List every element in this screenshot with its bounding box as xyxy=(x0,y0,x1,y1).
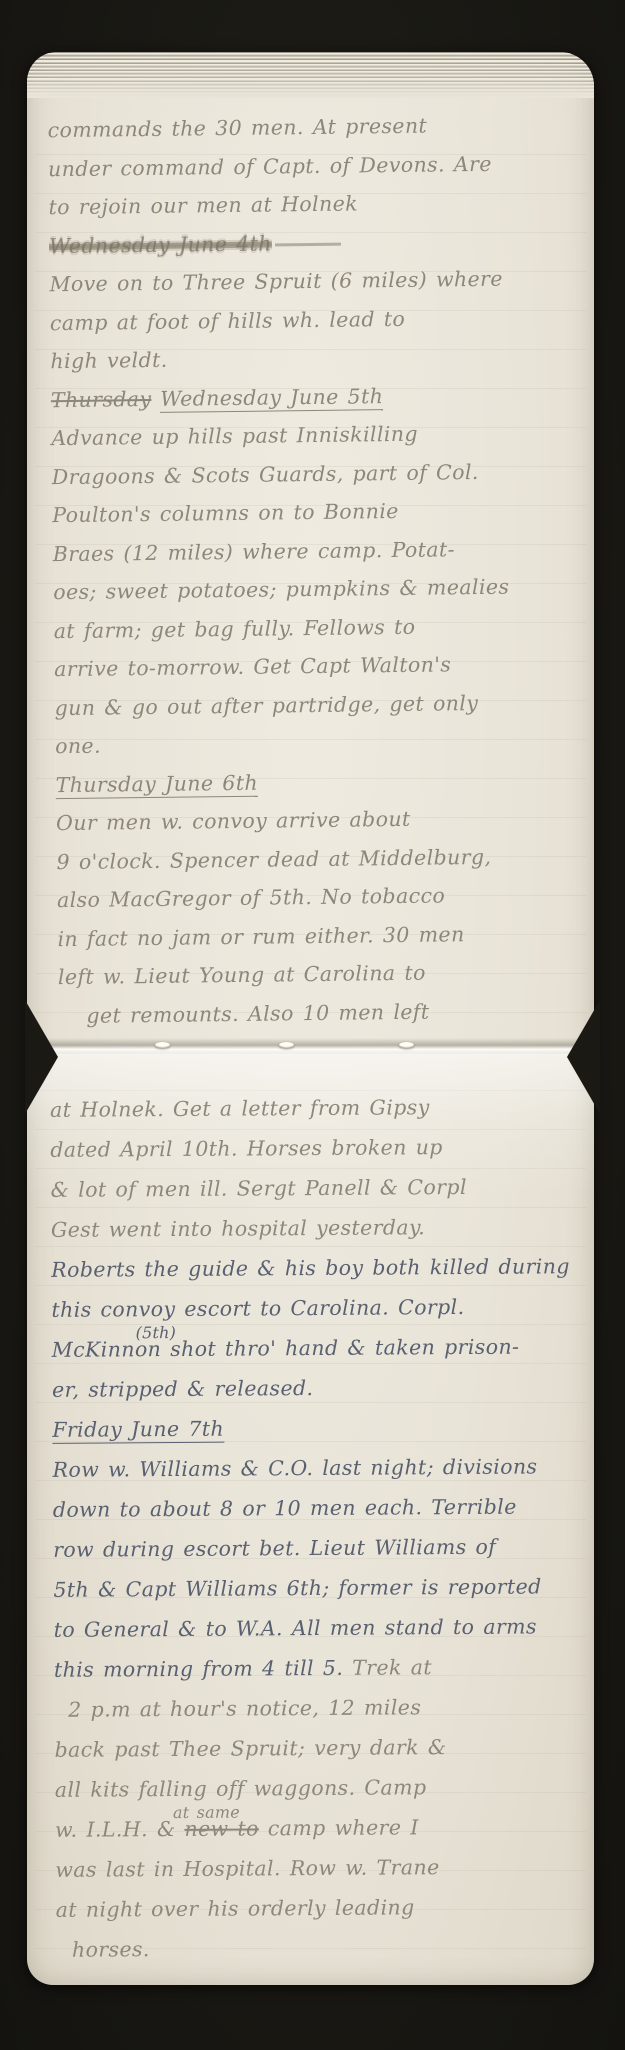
diary-line: this morning from 4 till 5. Trek at xyxy=(54,1646,582,1690)
diary-text: under command of Capt. of Devons. Are xyxy=(48,151,492,180)
diary-text: to rejoin our men at Holnek xyxy=(48,191,358,219)
diary-text: 5th & Capt Williams 6th; former is repor… xyxy=(53,1574,541,1601)
diary-text: dated April 10th. Horses broken up xyxy=(50,1135,443,1162)
binding-crease xyxy=(27,1038,594,1056)
diary-line: also MacGregor of 5th. No tobacco xyxy=(57,875,577,920)
diary-text: Thursday xyxy=(51,386,152,411)
diary-text: commands the 30 men. At present xyxy=(47,114,427,143)
diary-text: this convoy escort to Carolina. Corpl. xyxy=(51,1295,464,1322)
diary-line: Our men w. convoy arrive about xyxy=(56,798,576,843)
diary-text: row during escort bet. Lieut Williams of xyxy=(53,1535,496,1562)
diary-text: Trek at xyxy=(352,1655,432,1680)
diary-line: 2 p.m at hour's notice, 12 miles xyxy=(68,1686,582,1730)
diary-line: (5th)McKinnon shot thro' hand & taken pr… xyxy=(52,1326,580,1370)
diary-line: to General & to W.A. All men stand to ar… xyxy=(54,1606,582,1650)
diary-text: er, stripped & released. xyxy=(52,1376,314,1402)
diary-text: Dragoons & Scots Guards, part of Col. xyxy=(52,459,479,488)
diary-page-top: commands the 30 men. At presentunder com… xyxy=(47,105,578,1035)
diary-text: at farm; get bag fully. Fellows to xyxy=(54,614,416,642)
diary-line: oes; sweet potatoes; pumpkins & mealies xyxy=(53,567,573,612)
diary-line: this convoy escort to Carolina. Corpl. xyxy=(51,1286,579,1330)
page-edges xyxy=(27,52,594,98)
diary-line: Friday June 7th xyxy=(52,1406,580,1450)
diary-line: Gest went into hospital yesterday. xyxy=(51,1206,579,1250)
diary-line: Thursday June 6th xyxy=(55,759,575,804)
inserted-text: (5th) xyxy=(135,1313,176,1353)
diary-line: Braes (12 miles) where camp. Potat- xyxy=(53,528,573,573)
diary-line: arrive to-morrow. Get Capt Walton's xyxy=(54,644,574,689)
notebook-scan: commands the 30 men. At presentunder com… xyxy=(0,0,625,2050)
diary-line: back past Thee Spruit; very dark & xyxy=(54,1726,582,1770)
diary-text: to General & to W.A. All men stand to ar… xyxy=(54,1614,537,1641)
diary-line: Roberts the guide & his boy both killed … xyxy=(51,1246,579,1290)
diary-line: Dragoons & Scots Guards, part of Col. xyxy=(52,451,572,496)
diary-line: get remounts. Also 10 men left xyxy=(86,990,578,1035)
diary-text: oes; sweet potatoes; pumpkins & mealies xyxy=(53,575,509,605)
diary-line: dated April 10th. Horses broken up xyxy=(50,1126,578,1170)
diary-text: Wednesday June 4th xyxy=(49,230,341,258)
diary-page-bottom: at Holnek. Get a letter from Gipsydated … xyxy=(50,1086,584,1970)
diary-line: left w. Lieut Young at Carolina to xyxy=(58,952,578,997)
diary-line: er, stripped & released. xyxy=(52,1366,580,1410)
diary-line: Advance up hills past Inniskilling xyxy=(51,413,571,458)
diary-text: & lot of men ill. Sergt Panell & Corpl xyxy=(51,1175,467,1202)
diary-text: horses. xyxy=(72,1937,150,1962)
diary-text: Roberts the guide & his boy both killed … xyxy=(51,1254,570,1282)
diary-line: at Holnek. Get a letter from Gipsy xyxy=(50,1086,578,1130)
diary-text: Braes (12 miles) where camp. Potat- xyxy=(53,537,455,566)
inserted-text: at same xyxy=(173,1793,240,1833)
diary-text: at Holnek. Get a letter from Gipsy xyxy=(50,1095,430,1122)
diary-line: Thursday Wednesday June 5th xyxy=(51,374,571,419)
diary-text: also MacGregor of 5th. No tobacco xyxy=(57,883,445,912)
diary-text: was last in Hospital. Row w. Trane xyxy=(55,1855,439,1882)
diary-text: camp where I xyxy=(259,1815,419,1840)
diary-text: this morning from 4 till 5. xyxy=(54,1656,352,1682)
diary-text: high veldt. xyxy=(50,348,167,373)
diary-text: 9 o'clock. Spencer dead at Middelburg, xyxy=(56,844,491,873)
diary-line: Poulton's columns on to Bonnie xyxy=(52,490,572,535)
diary-text: camp at foot of hills wh. lead to xyxy=(50,306,406,334)
diary-text: 2 p.m at hour's notice, 12 miles xyxy=(68,1695,421,1721)
diary-line: Row w. Williams & C.O. last night; divis… xyxy=(52,1446,580,1490)
diary-text: all kits falling off waggons. Camp xyxy=(55,1775,427,1802)
diary-text: down to about 8 or 10 men each. Terrible xyxy=(53,1495,517,1522)
diary-text: left w. Lieut Young at Carolina to xyxy=(58,961,426,989)
diary-line: high veldt. xyxy=(50,336,570,381)
diary-line: down to about 8 or 10 men each. Terrible xyxy=(53,1486,581,1530)
diary-text: Row w. Williams & C.O. last night; divis… xyxy=(53,1454,538,1481)
diary-text: get remounts. Also 10 men left xyxy=(86,999,429,1027)
diary-line: Move on to Three Spruit (6 miles) where xyxy=(49,259,569,304)
diary-text: Advance up hills past Inniskilling xyxy=(51,422,418,450)
entry-heading: Wednesday June 5th xyxy=(160,384,383,413)
diary-line: row during escort bet. Lieut Williams of xyxy=(53,1526,581,1570)
diary-line: at farm; get bag fully. Fellows to xyxy=(53,605,573,650)
diary-text: gun & go out after partridge, get only xyxy=(55,690,479,719)
diary-line: camp at foot of hills wh. lead to xyxy=(50,297,570,342)
diary-line: at night over his orderly leading xyxy=(56,1886,584,1930)
diary-text: at night over his orderly leading xyxy=(56,1895,415,1922)
diary-text: Gest went into hospital yesterday. xyxy=(51,1215,425,1242)
diary-text: Move on to Three Spruit (6 miles) where xyxy=(49,267,503,297)
diary-text: Poulton's columns on to Bonnie xyxy=(52,499,399,527)
notebook-page-spread: commands the 30 men. At presentunder com… xyxy=(27,52,594,1985)
diary-line: one. xyxy=(55,721,575,766)
diary-line: horses. xyxy=(72,1926,584,1970)
entry-heading: Friday June 7th xyxy=(52,1417,224,1444)
diary-line: gun & go out after partridge, get only xyxy=(54,682,574,727)
diary-line: was last in Hospital. Row w. Trane xyxy=(55,1846,583,1890)
diary-line: 9 o'clock. Spencer dead at Middelburg, xyxy=(56,836,576,881)
diary-line: at samew. I.L.H. & new to camp where I xyxy=(55,1806,583,1850)
diary-line: commands the 30 men. At present xyxy=(47,105,567,150)
diary-text: Our men w. convoy arrive about xyxy=(56,807,411,835)
diary-line: under command of Capt. of Devons. Are xyxy=(48,143,568,188)
diary-text: w. I.L.H. & xyxy=(55,1817,185,1842)
diary-line: Wednesday June 4th xyxy=(49,220,569,265)
diary-text: in fact no jam or rum either. 30 men xyxy=(57,922,464,951)
stitch-hole xyxy=(279,1042,294,1048)
stitch-hole xyxy=(155,1042,170,1048)
diary-text: back past Thee Spruit; very dark & xyxy=(54,1735,446,1762)
stitch-hole xyxy=(399,1042,414,1048)
diary-text: one. xyxy=(55,734,101,759)
diary-text: arrive to-morrow. Get Capt Walton's xyxy=(54,652,451,681)
diary-line: & lot of men ill. Sergt Panell & Corpl xyxy=(50,1166,578,1210)
diary-line: 5th & Capt Williams 6th; former is repor… xyxy=(53,1566,581,1610)
diary-line: in fact no jam or rum either. 30 men xyxy=(57,913,577,958)
diary-line: to rejoin our men at Holnek xyxy=(48,182,568,227)
diary-text: McKinnon shot thro' hand & taken prison- xyxy=(52,1335,520,1362)
diary-line: all kits falling off waggons. Camp xyxy=(55,1766,583,1810)
entry-heading: Thursday June 6th xyxy=(55,770,258,798)
